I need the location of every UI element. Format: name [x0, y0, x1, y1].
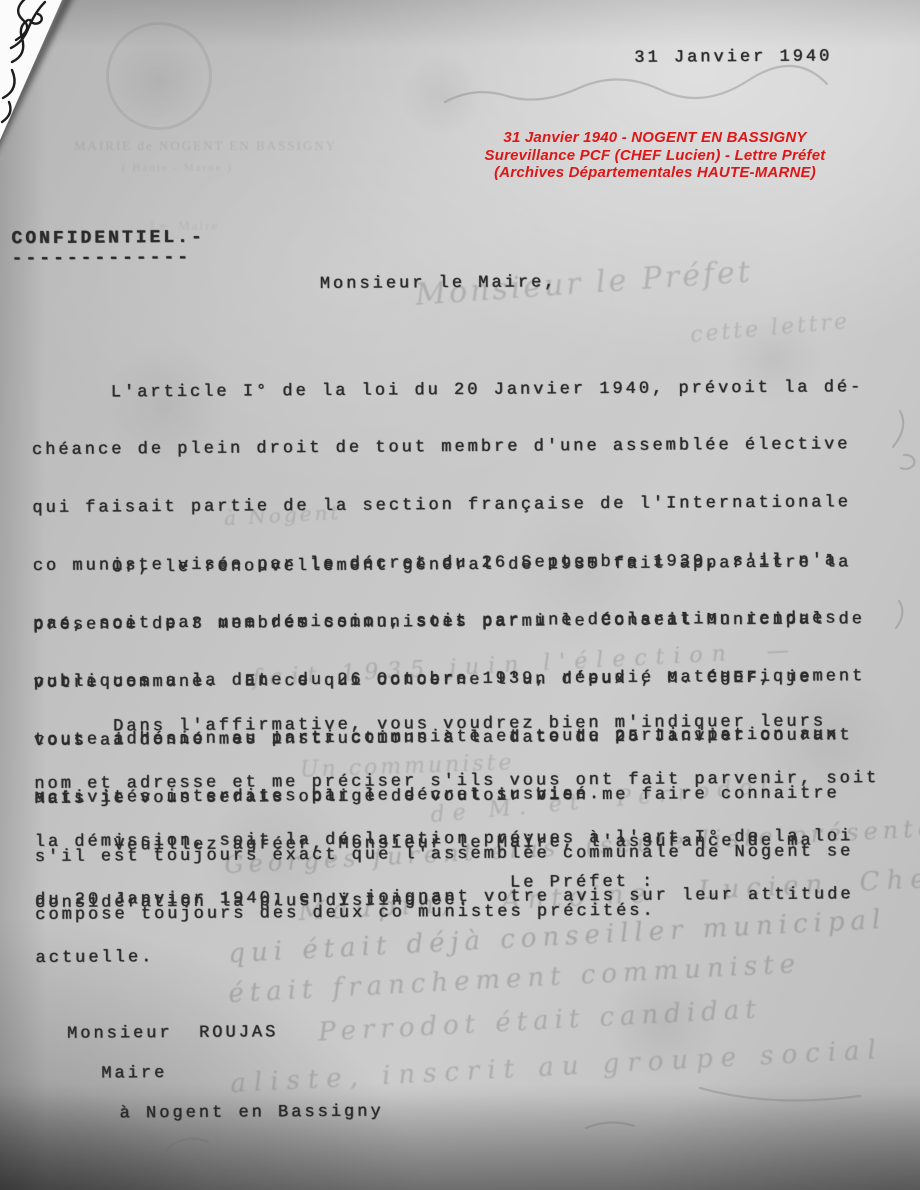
annotation-line: Surevillance PCF (CHEF Lucien) - Lettre … — [380, 147, 920, 165]
confidential-underline: ------------- — [12, 248, 192, 269]
recipient-name: Monsieur ROUJAS — [67, 1023, 278, 1043]
salutation: Monsieur le Maire, — [320, 273, 558, 294]
annotation-line: 31 Janvier 1940 - NOGENT EN BASSIGNY — [380, 129, 920, 147]
typed-line: Dans l'affirmative, vous voudrez bien m'… — [34, 712, 879, 737]
typed-line: nom et adresse et me préciser s'ils vous… — [34, 770, 879, 795]
scanned-letter-page: MAIRIE de NOGENT EN BASSIGNY ( Haute - M… — [0, 0, 920, 1190]
typed-line: considération la plus distinguée. — [35, 889, 814, 914]
paragraph-4: Veuillez agréer, Monsieur le Maire, l'as… — [34, 793, 814, 953]
confidential-stamp: CONFIDENTIEL.- — [11, 228, 204, 249]
typed-line: chéance de plein droit de tout membre d'… — [32, 436, 864, 461]
typed-line: Or, le renouvellement général de 1935 fa… — [33, 553, 865, 578]
typed-date: 31 Janvier 1940 — [634, 47, 832, 67]
closing-le-prefet: Le Préfet : — [510, 873, 655, 893]
red-archive-annotation: 31 Janvier 1940 - NOGENT EN BASSIGNY Sur… — [380, 129, 920, 182]
typed-line: L'article I° de la loi du 20 Janvier 194… — [32, 378, 864, 403]
typed-line: présence de 3 membres communistes parmi … — [33, 611, 865, 636]
typed-line: Veuillez agréer, Monsieur le Maire, l'as… — [35, 831, 814, 856]
recipient-title: Maire — [101, 1064, 167, 1083]
recipient-city: à Nogent en Bassigny — [120, 1103, 384, 1124]
annotation-line: (Archives Départementales HAUTE-MARNE) — [380, 164, 920, 182]
